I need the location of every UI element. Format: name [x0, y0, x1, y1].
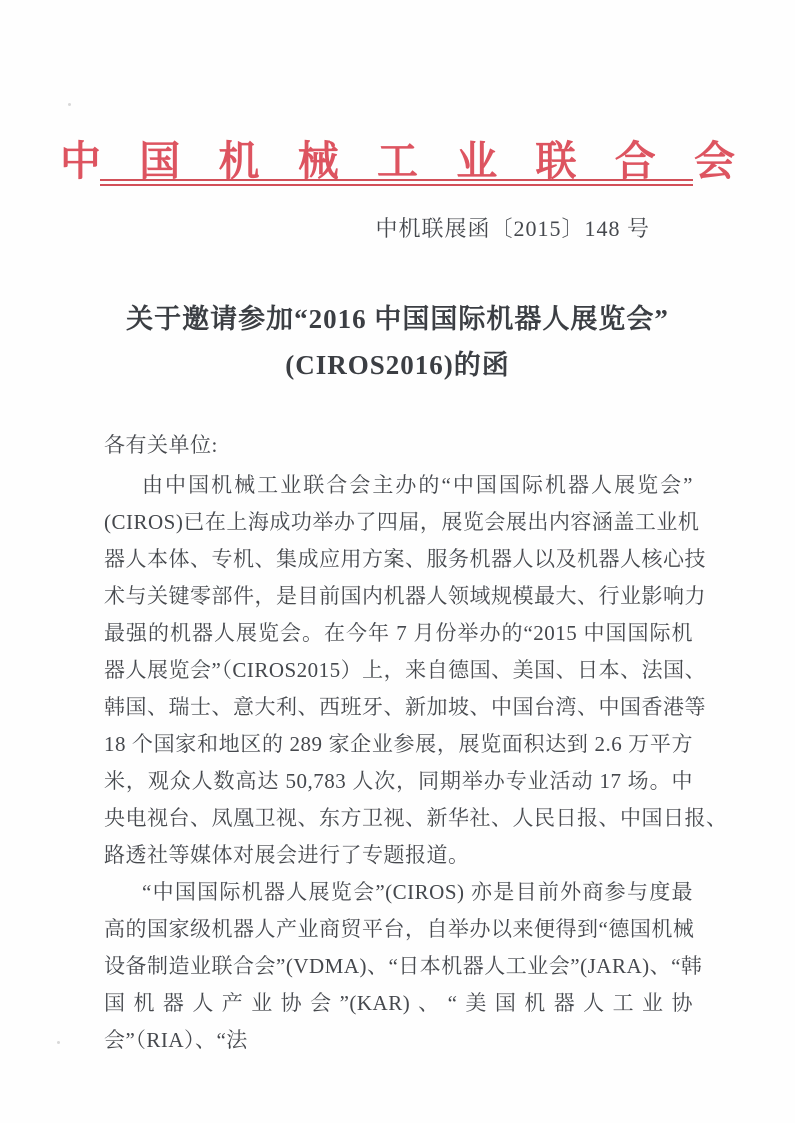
- body-text-line: 路透社等媒体对展会进行了专题报道。: [104, 837, 693, 874]
- body-text-line: 米，观众人数高达 50,783 人次，同期举办专业活动 17 场。中: [104, 763, 693, 800]
- body-text-line: 设备制造业联合会”(VDMA)、“日本机器人工业会”(JARA)、“韩: [104, 948, 693, 985]
- scan-speck: [57, 1041, 60, 1044]
- document-title: 关于邀请参加“2016 中国国际机器人展览会” (CIROS2016)的函: [0, 296, 795, 388]
- scanned-letter-page: 中 国 机 械 工 业 联 合 会 中机联展函〔2015〕148 号 关于邀请参…: [0, 0, 795, 1123]
- body-text-line: 韩国、瑞士、意大利、西班牙、新加坡、中国台湾、中国香港等: [104, 689, 693, 726]
- body-text-line: “中国国际机器人展览会”(CIROS) 亦是目前外商参与度最: [104, 874, 693, 911]
- body-text-line: 最强的机器人展览会。在今年 7 月份举办的“2015 中国国际机: [104, 615, 693, 652]
- scan-speck: [68, 103, 71, 106]
- letter-body: 各有关单位: 由中国机械工业联合会主办的“中国国际机器人展览会”(CIROS)已…: [104, 427, 693, 1022]
- body-text-line: (CIROS)已在上海成功举办了四届，展览会展出内容涵盖工业机: [104, 504, 693, 541]
- body-text-line: 18 个国家和地区的 289 家企业参展，展览面积达到 2.6 万平方: [104, 726, 693, 763]
- document-title-line1: 关于邀请参加“2016 中国国际机器人展览会”: [0, 296, 795, 342]
- body-text-line: 器人本体、专机、集成应用方案、服务机器人以及机器人核心技: [104, 541, 693, 578]
- body-text-line: 国机器人产业协会”(KAR)、“美国机器人工业协会”（RIA）、“法: [104, 985, 693, 1022]
- salutation: 各有关单位:: [104, 427, 693, 464]
- letterhead-double-rule: [100, 179, 693, 186]
- body-text-line: 术与关键零部件，是目前国内机器人领域规模最大、行业影响力: [104, 578, 693, 615]
- body-text-line: 器人展览会”（CIROS2015）上，来自德国、美国、日本、法国、: [104, 652, 693, 689]
- body-text-line: 央电视台、凤凰卫视、东方卫视、新华社、人民日报、中国日报、: [104, 800, 693, 837]
- body-text-line: 高的国家级机器人产业商贸平台，自举办以来便得到“德国机械: [104, 911, 693, 948]
- document-number: 中机联展函〔2015〕148 号: [0, 212, 795, 243]
- document-title-line2: (CIROS2016)的函: [0, 342, 795, 388]
- body-text-line: 由中国机械工业联合会主办的“中国国际机器人展览会”: [104, 467, 693, 504]
